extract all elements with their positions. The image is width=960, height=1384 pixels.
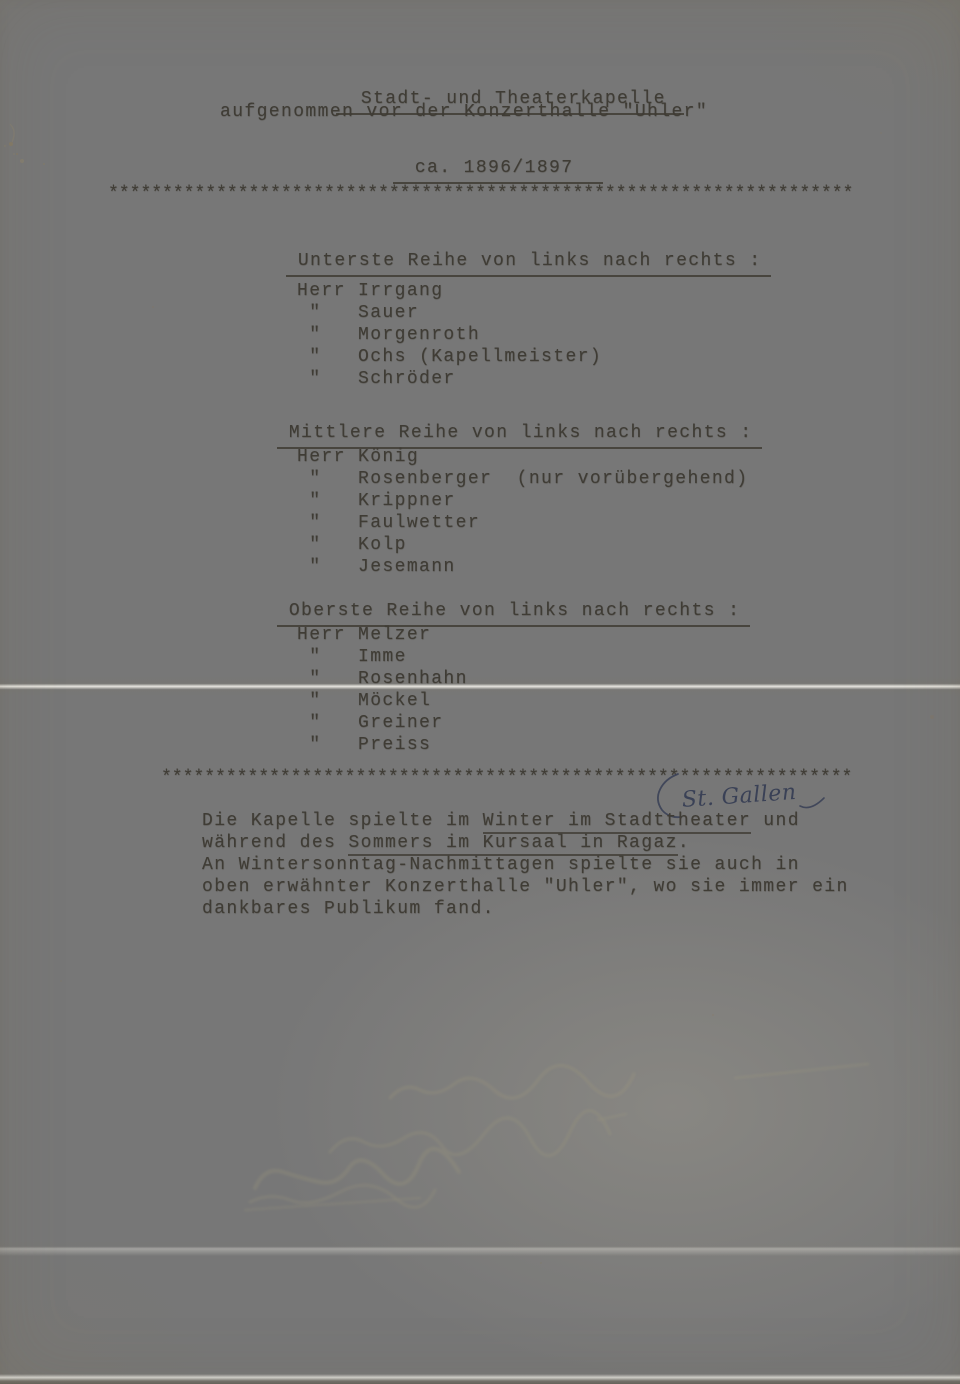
body-line-3: An Wintersonntag-Nachmittagen spielte si… [202, 854, 800, 876]
list-item: " Greiner [297, 712, 443, 734]
list-item: " Preiss [297, 734, 431, 756]
list-item: " Möckel [297, 690, 431, 712]
fold-crease-lower [0, 1240, 960, 1256]
section-heading-text: Unterste Reihe von links nach rechts : [286, 250, 772, 277]
list-item: " Rosenhahn [297, 668, 468, 690]
scan-vignette [0, 0, 960, 1384]
document-subtitle: aufgenommen vor der Konzerthalle "Uhler" [220, 101, 708, 123]
body-underlined-text: Sommers im Kursaal in Ragaz [348, 833, 677, 856]
list-item: " Rosenberger (nur vorübergehend) [297, 468, 748, 490]
separator-asterisks-top: ****************************************… [108, 183, 853, 205]
ink-bleed-through [0, 0, 960, 1384]
list-item: Herr König [297, 446, 419, 468]
list-item: " Ochs (Kapellmeister) [297, 346, 602, 368]
section-heading-text: Mittlere Reihe von links nach rechts : [277, 422, 763, 449]
fold-crease [0, 676, 960, 696]
body-line-1: Die Kapelle spielte im Winter im Stadtth… [202, 810, 800, 832]
list-item: " Faulwetter [297, 512, 480, 534]
body-line-5: dankbares Publikum fand. [202, 898, 495, 920]
body-text: und [751, 811, 800, 831]
separator-asterisks-bottom: ****************************************… [161, 767, 852, 789]
body-line-2: während des Sommers im Kursaal in Ragaz. [202, 832, 690, 854]
list-item: " Imme [297, 646, 407, 668]
handwritten-flourish-stroke [800, 798, 824, 808]
section-heading-text: Oberste Reihe von links nach rechts : [277, 600, 750, 627]
list-item: " Kolp [297, 534, 407, 556]
body-line-4: oben erwähnter Konzerthalle "Uhler", wo … [202, 876, 849, 898]
document-date-text: ca. 1896/1897 [393, 157, 604, 184]
list-item: " Jesemann [297, 556, 456, 578]
list-item: " Sauer [297, 302, 419, 324]
body-text: Die Kapelle spielte im [202, 811, 483, 831]
list-item: Herr Irrgang [297, 280, 443, 302]
paper-specks [0, 0, 2, 2]
body-text: . [678, 833, 690, 853]
body-text: während des [202, 833, 348, 853]
list-item: " Schröder [297, 368, 456, 390]
scanned-document-page: Stadt- und Theaterkapelle aufgenommen vo… [0, 0, 960, 1384]
list-item: " Krippner [297, 490, 456, 512]
paper-shading [0, 0, 960, 1384]
scan-bottom-edge [0, 1374, 960, 1384]
list-item: " Morgenroth [297, 324, 480, 346]
margin-pencil-mark [2, 116, 22, 166]
body-underlined-text: Winter im Stadttheater [483, 811, 751, 834]
list-item: Herr Melzer [297, 624, 431, 646]
